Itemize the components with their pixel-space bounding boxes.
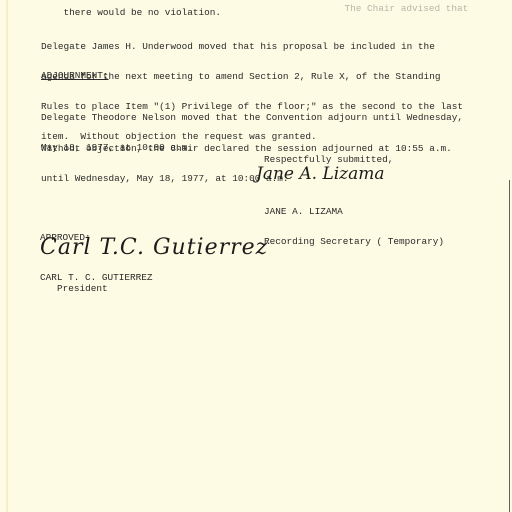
president-name: CARL T. C. GUTIERREZ <box>40 273 153 283</box>
paragraph-line: until Wednesday, May 18, 1977, at 10:00 … <box>41 174 452 184</box>
paragraph-line: Without objection, the Chair declared th… <box>41 144 452 154</box>
president-title: President <box>57 284 108 294</box>
secretary-title: Recording Secretary ( Temporary) <box>264 237 444 247</box>
page-edge-left <box>6 0 8 512</box>
paragraph-line: Delegate Theodore Nelson moved that the … <box>41 113 463 123</box>
document-page: there would be no violation. The Chair a… <box>0 0 512 512</box>
adjournment-heading: ADJOURNMENT: <box>41 71 109 81</box>
page-edge-right <box>509 180 510 512</box>
secretary-block: JANE A. LIZAMA Recording Secretary ( Tem… <box>264 187 444 267</box>
top-partial-right: The Chair advised that <box>322 0 468 24</box>
secretary-signature: Jane A. Lizama <box>256 169 385 179</box>
president-signature: Carl T.C. Gutierrez <box>40 243 268 253</box>
secretary-name: JANE A. LIZAMA <box>264 207 444 217</box>
paragraph-line: Delegate James H. Underwood moved that h… <box>41 42 463 52</box>
chair-advised-line: The Chair advised that <box>345 3 469 14</box>
violation-line: there would be no violation. <box>64 7 222 18</box>
